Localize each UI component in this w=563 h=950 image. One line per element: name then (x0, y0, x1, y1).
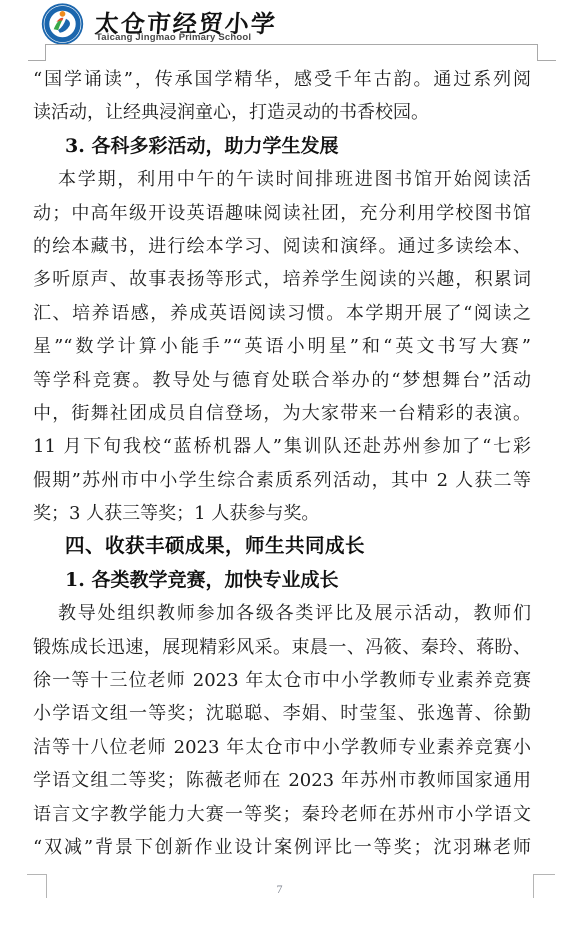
document-page: 太仓市经贸小学 Taicang Jingmao Primary School “… (0, 0, 563, 950)
school-name-english: Taicang Jingmao Primary School (96, 32, 396, 43)
text-line: 读活动，让经典浸润童心，打造灵动的书香校园。 (33, 96, 531, 129)
text-line: 等学科竞赛。教导处与德育处联合举办的“梦想舞台”活动 (33, 364, 531, 397)
text-line: 教导处组织教师参加各级各类评比及展示活动，教师们 (33, 597, 531, 630)
text-line: 小学语文组一等奖；沈聪聪、李娟、时莹玺、张逸菁、徐勤 (33, 697, 531, 730)
crop-mark-top-right (537, 44, 556, 61)
text-line: 学语文组二等奖；陈薇老师在 2023 年苏州市教师国家通用 (33, 764, 531, 797)
document-body: “国学诵读”，传承国学精华，感受千年古韵。通过系列阅读活动，让经典浸润童心，打造… (33, 63, 531, 864)
text-line: “双减”背景下创新作业设计案例评比一等奖；沈羽琳老师 (33, 831, 531, 864)
page-number: 7 (0, 882, 559, 897)
text-line: 假期”苏州市中小学生综合素质系列活动，其中 2 人获二等 (33, 464, 531, 497)
header-divider-line (45, 44, 537, 45)
heading-line: 四、收获丰硕成果，师生共同成长 (33, 530, 531, 563)
heading-line: 3. 各科多彩活动，助力学生发展 (33, 130, 531, 163)
text-line: 动；中高年级开设英语趣味阅读社团，充分利用学校图书馆 (33, 197, 531, 230)
text-line: 语言文字教学能力大赛一等奖；秦玲老师在苏州市小学语文 (33, 798, 531, 831)
text-line: 中，街舞社团成员自信登场，为大家带来一台精彩的表演。 (33, 397, 531, 430)
text-line: 洁等十八位老师 2023 年太仓市中小学教师专业素养竞赛小 (33, 731, 531, 764)
text-line: “国学诵读”，传承国学精华，感受千年古韵。通过系列阅 (33, 63, 531, 96)
text-line: 汇、培养语感，养成英语阅读习惯。本学期开展了“阅读之 (33, 297, 531, 330)
text-line: 徐一等十三位老师 2023 年太仓市中小学教师专业素养竞赛 (33, 664, 531, 697)
crop-mark-top-left (28, 44, 46, 61)
heading-line: 1. 各类教学竞赛，加快专业成长 (33, 564, 531, 597)
text-line: 锻炼成长迅速，展现精彩风采。束晨一、冯筱、秦玲、蒋盼、 (33, 631, 531, 664)
text-line: 奖；3 人获三等奖；1 人获参与奖。 (33, 497, 531, 530)
text-line: 多听原声、故事表扬等形式，培养学生阅读的兴趣，积累词 (33, 263, 531, 296)
school-logo-icon (39, 2, 86, 46)
text-line: 本学期，利用中午的午读时间排班进图书馆开始阅读活 (33, 163, 531, 196)
text-line: 的绘本藏书，进行绘本学习、阅读和演绎。通过多读绘本、 (33, 230, 531, 263)
text-line: 11 月下旬我校“蓝桥机器人”集训队还赴苏州参加了“七彩 (33, 430, 531, 463)
text-line: 星”“数学计算小能手”“英语小明星”和“英文书写大赛” (33, 330, 531, 363)
